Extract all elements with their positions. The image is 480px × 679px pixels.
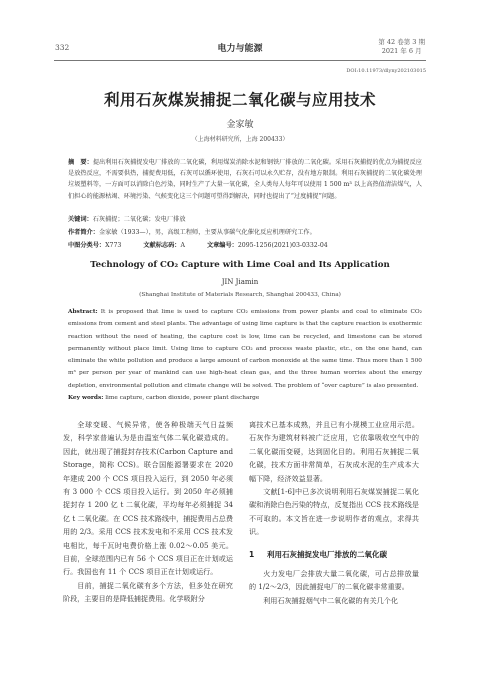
keywords-en: Key words: lime capture, carbon dioxide,… bbox=[68, 395, 422, 401]
body-paragraph: 利用石灰捕捉烟气中二氧化碳的有关几个化 bbox=[249, 594, 419, 607]
abstract-en-text: It is proposed that lime is used to capt… bbox=[68, 309, 422, 389]
volume-issue-block: 第 42 卷第 3 期 2021 年 6 月 bbox=[378, 38, 425, 56]
keywords-en-text: lime capture, carbon dioxide, power plan… bbox=[103, 395, 259, 401]
abstract-cn: 摘 要：提出利用石灰捕捉发电厂排放的二氧化碳，利用煤炭消除水泥和钢铁厂排放的二氧… bbox=[68, 157, 422, 202]
affiliation-cn: （上海材料研究所，上海 200433） bbox=[0, 134, 480, 143]
body-paragraph: 目前，捕捉二氧化碳有多个方法，但多处在研究阶段，主要目的是降低捕捉费用。化学吸附… bbox=[63, 579, 233, 606]
keywords-en-label: Key words: bbox=[68, 395, 103, 401]
abstract-cn-label: 摘 要： bbox=[68, 159, 93, 166]
body-paragraph: 离技术已基本成熟，并且已有小规模工业应用示范。石灰作为建筑材料被广泛应用，它依靠… bbox=[249, 418, 419, 485]
abstract-en-label: Abstract: bbox=[68, 309, 98, 315]
doc-code: A bbox=[180, 242, 184, 249]
section-title: 利用石灰捕捉发电厂排放的二氧化碳 bbox=[267, 550, 387, 559]
keywords-cn-text: 石灰捕捉；二氧化碳；发电厂排放 bbox=[93, 216, 186, 223]
keywords-cn: 关键词：石灰捕捉；二氧化碳；发电厂排放 bbox=[68, 214, 422, 223]
author-cn: 金家敏 bbox=[0, 117, 480, 130]
class-no: X773 bbox=[105, 242, 121, 249]
article-no: 2095-1256(2021)03-0332-04 bbox=[238, 242, 328, 249]
author-en: JIN Jiamin bbox=[0, 278, 480, 286]
author-bio-text: 金家敏（1933—），男，高级工程师，主要从事碳气化催化反应机理研究工作。 bbox=[99, 229, 316, 236]
doc-code-label: 文献标志码： bbox=[143, 242, 180, 249]
affiliation-en: (Shanghai Institute of Materials Researc… bbox=[0, 292, 480, 298]
volume-issue: 第 42 卷第 3 期 bbox=[378, 38, 425, 47]
body-right-column: 离技术已基本成熟，并且已有小规模工业应用示范。石灰作为建筑材料被广泛应用，它依靠… bbox=[249, 418, 419, 607]
author-bio: 作者简介：金家敏（1933—），男，高级工程师，主要从事碳气化催化反应机理研究工… bbox=[68, 227, 422, 236]
body-paragraph: 文献[1-6]中已多次说明利用石灰煤炭捕捉二氧化碳和消除白色污染的特点，反复指出… bbox=[249, 485, 419, 539]
section-number: 1 bbox=[249, 548, 267, 561]
body-left-column: 全球变暖、气候异常，使各种极端天气日益频发，科学家普遍认为是由温室气体二氧化碳造… bbox=[63, 418, 233, 606]
article-no-label: 文章编号： bbox=[207, 242, 238, 249]
author-bio-label: 作者简介： bbox=[68, 229, 99, 236]
article-title-cn: 利用石灰煤炭捕捉二氧化碳与应用技术 bbox=[0, 88, 480, 110]
abstract-cn-text: 提出利用石灰捕捉发电厂排放的二氧化碳，利用煤炭消除水泥和钢铁厂排放的二氧化碳。采… bbox=[68, 159, 422, 200]
body-paragraph: 火力发电厂会排放大量二氧化碳，可占总排放量的 1/2～2/3，因此捕捉电厂的二氧… bbox=[249, 567, 419, 594]
body-paragraph: 全球变暖、气候异常，使各种极端天气日益频发，科学家普遍认为是由温室气体二氧化碳造… bbox=[63, 418, 233, 579]
classification-line: 中图分类号：X773文献标志码：A文章编号：2095-1256(2021)03-… bbox=[68, 240, 422, 249]
article-title-en: Technology of CO₂ Capture with Lime Coal… bbox=[0, 260, 480, 270]
section-heading: 1利用石灰捕捉发电厂排放的二氧化碳 bbox=[249, 548, 419, 561]
issue-date: 2021 年 6 月 bbox=[378, 47, 425, 56]
doi[interactable]: DOI:10.11973/dlyny202103015 bbox=[346, 68, 426, 74]
class-no-label: 中图分类号： bbox=[68, 242, 105, 249]
header-rule bbox=[54, 60, 426, 61]
keywords-cn-label: 关键词： bbox=[68, 216, 93, 223]
abstract-en: Abstract: It is proposed that lime is us… bbox=[68, 306, 422, 392]
